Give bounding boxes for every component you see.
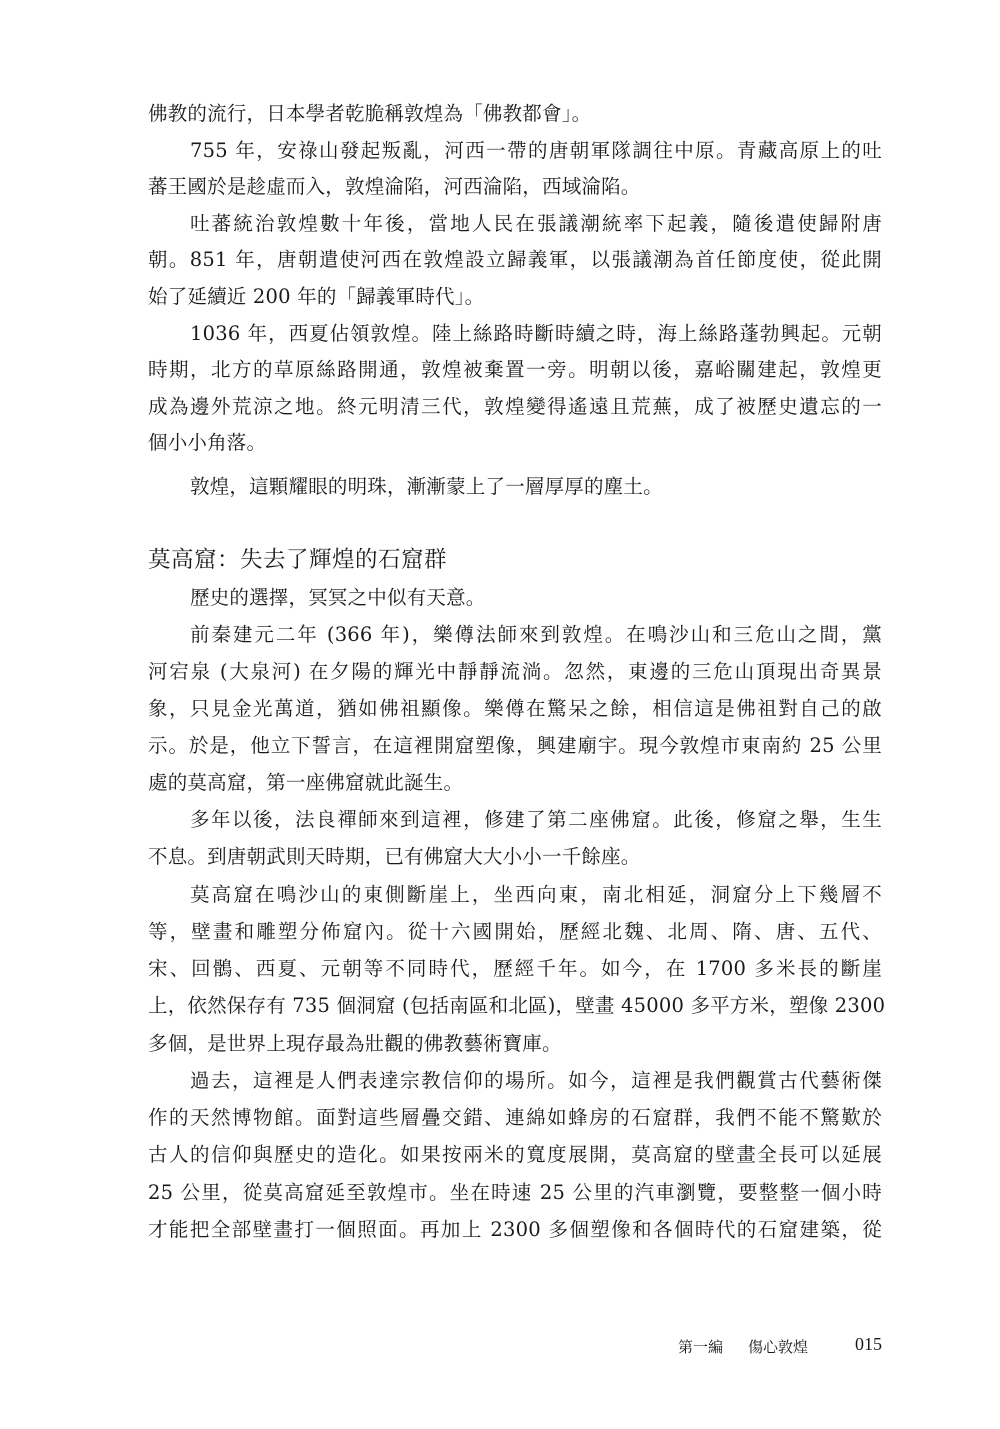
text-line: 佛教的流行，日本學者乾脆稱敦煌為「佛教都會」。 xyxy=(148,102,591,126)
text-line: 象，只見金光萬道，猶如佛祖顯像。樂僔在驚呆之餘，相信這是佛祖對自己的啟 xyxy=(148,697,882,721)
text-line: 莫高窟在鳴沙山的東側斷崖上，坐西向東，南北相延，洞窟分上下幾層不 xyxy=(148,883,882,907)
page-footer: 第一編 傷心敦煌 015 xyxy=(650,1336,882,1360)
text-line: 前秦建元二年 (366 年)，樂僔法師來到敦煌。在鳴沙山和三危山之間，黨 xyxy=(148,623,882,647)
text-line: 歷史的選擇，冥冥之中似有天意。 xyxy=(148,586,486,610)
text-line: 古人的信仰與歷史的造化。如果按兩米的寬度展開，莫高窟的壁畫全長可以延展 xyxy=(148,1143,882,1167)
text-line: 個小小角落。 xyxy=(148,431,266,455)
text-line: 25 公里，從莫高窟延至敦煌市。坐在時速 25 公里的汽車瀏覽，要整整一個小時 xyxy=(148,1181,882,1205)
text-line: 1036 年，西夏佔領敦煌。陸上絲路時斷時續之時，海上絲路蓬勃興起。元朝 xyxy=(148,322,882,346)
text-line: 河宕泉 (大泉河) 在夕陽的輝光中靜靜流淌。忽然，東邊的三危山頂現出奇異景 xyxy=(148,660,882,684)
text-line: 多年以後，法良禪師來到這裡，修建了第二座佛窟。此後，修窟之舉，生生 xyxy=(148,808,882,832)
text-line: 成為邊外荒涼之地。終元明清三代，敦煌變得遙遠且荒蕪，成了被歷史遺忘的一 xyxy=(148,395,882,419)
text-line: 755 年，安祿山發起叛亂，河西一帶的唐朝軍隊調往中原。青藏高原上的吐 xyxy=(148,139,882,163)
page-number: 015 xyxy=(855,1334,882,1355)
text-line: 不息。到唐朝武則天時期，已有佛窟大大小小一千餘座。 xyxy=(148,845,641,869)
text-line: 始了延續近 200 年的「歸義軍時代」。 xyxy=(148,285,484,309)
section-heading: 莫高窟：失去了輝煌的石窟群 xyxy=(148,546,447,574)
text-line: 處的莫高窟，第一座佛窟就此誕生。 xyxy=(148,771,463,795)
text-line: 作的天然博物館。面對這些層疊交錯、連綿如蜂房的石窟群，我們不能不驚歎於 xyxy=(148,1106,882,1130)
text-line: 朝。851 年，唐朝遣使河西在敦煌設立歸義軍，以張議潮為首任節度使，從此開 xyxy=(148,248,882,272)
text-line: 敦煌，這顆耀眼的明珠，漸漸蒙上了一層厚厚的塵土。 xyxy=(148,475,663,499)
text-line: 才能把全部壁畫打一個照面。再加上 2300 多個塑像和各個時代的石窟建築，從 xyxy=(148,1218,882,1242)
text-line: 吐蕃統治敦煌數十年後，當地人民在張議潮統率下起義，隨後遣使歸附唐 xyxy=(148,212,882,236)
text-line: 蕃王國於是趁虛而入，敦煌淪陷，河西淪陷，西域淪陷。 xyxy=(148,175,641,199)
footer-chapter: 第一編 xyxy=(678,1336,723,1357)
footer-chapter-title: 傷心敦煌 xyxy=(748,1336,808,1357)
text-line: 時期，北方的草原絲路開通，敦煌被棄置一旁。明朝以後，嘉峪關建起，敦煌更 xyxy=(148,358,882,382)
text-line: 多個，是世界上現存最為壯觀的佛教藝術寶庫。 xyxy=(148,1032,562,1056)
text-line: 過去，這裡是人們表達宗教信仰的場所。如今，這裡是我們觀賞古代藝術傑 xyxy=(148,1069,882,1093)
text-line: 上，依然保存有 735 個洞窟 (包括南區和北區)，壁畫 45000 多平方米，… xyxy=(148,994,882,1018)
book-page: 佛教的流行，日本學者乾脆稱敦煌為「佛教都會」。755 年，安祿山發起叛亂，河西一… xyxy=(0,0,1000,1429)
text-line: 示。於是，他立下誓言，在這裡開窟塑像，興建廟宇。現今敦煌市東南約 25 公里 xyxy=(148,734,882,758)
text-line: 等，壁畫和雕塑分佈窟內。從十六國開始，歷經北魏、北周、隋、唐、五代、 xyxy=(148,920,882,944)
text-line: 宋、回鶻、西夏、元朝等不同時代，歷經千年。如今，在 1700 多米長的斷崖 xyxy=(148,957,882,981)
